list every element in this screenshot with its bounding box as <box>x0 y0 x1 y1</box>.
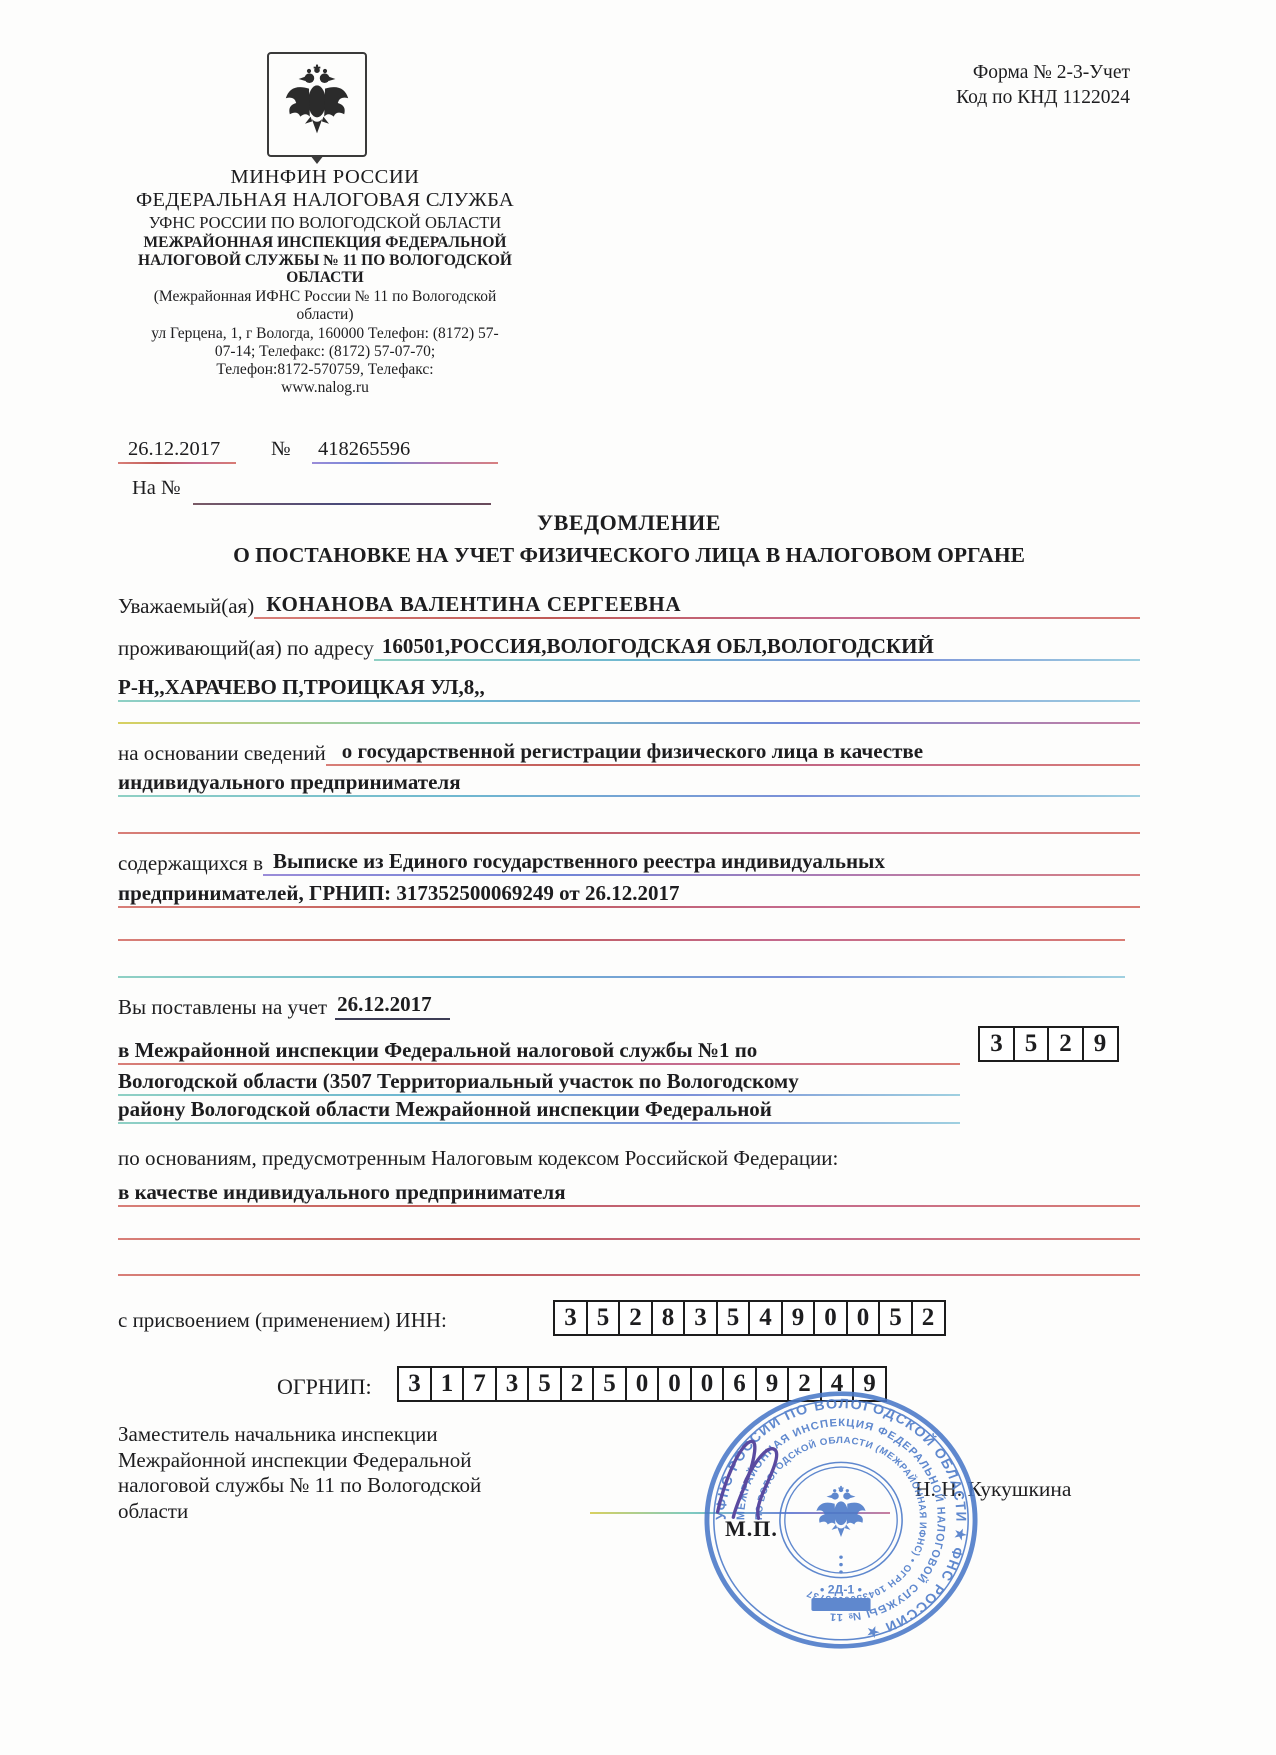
stamp-bottom-band <box>811 1598 870 1611</box>
handwritten-signature <box>705 1428 810 1533</box>
blank-line-5 <box>118 1238 1140 1240</box>
inn-digit: 5 <box>586 1300 621 1336</box>
ogrnip-label: ОГРНИП: <box>277 1374 372 1400</box>
ogrnip-digit: 3 <box>495 1366 530 1402</box>
blank-line-3 <box>118 939 1125 941</box>
inn-digit: 4 <box>748 1300 783 1336</box>
basis-value-1: о государственной регистрации физическог… <box>326 739 1140 766</box>
inspection-phone2: Телефон:8172-570759, Телефакс: <box>80 361 570 378</box>
ogrnip-digit: 7 <box>462 1366 497 1402</box>
document-number: 418265596 <box>318 438 410 461</box>
blank-line-2 <box>118 832 1140 834</box>
inn-digit: 8 <box>651 1300 686 1336</box>
document-subtitle: О ПОСТАНОВКЕ НА УЧЕТ ФИЗИЧЕСКОГО ЛИЦА В … <box>118 543 1140 568</box>
blank-line-6 <box>118 1274 1140 1276</box>
inspection-value-3: району Вологодской области Межрайонной и… <box>118 1097 960 1124</box>
grounds-value-row: в качестве индивидуального предпринимате… <box>118 1180 1140 1207</box>
in-reply-to-label: На № <box>132 477 181 500</box>
blank-line-4 <box>118 976 1125 978</box>
inn-digit: 5 <box>716 1300 751 1336</box>
contained-row-2: предпринимателей, ГРНИП: 317352500069249… <box>118 881 1140 908</box>
regional-tax-office-name: УФНС РОССИИ ПО ВОЛОГОДСКОЙ ОБЛАСТИ <box>80 214 570 232</box>
emblem-box-tail <box>310 155 324 164</box>
signer-position-line: Заместитель начальника инспекции <box>118 1422 678 1448</box>
inn-digit: 3 <box>683 1300 718 1336</box>
in-reply-to-underline <box>193 503 491 505</box>
inspection-row-3: району Вологодской области Межрайонной и… <box>118 1097 960 1124</box>
inspection-row-1: в Межрайонной инспекции Федеральной нало… <box>118 1038 960 1065</box>
address-row-1: проживающий(ая) по адресу 160501,РОССИЯ,… <box>118 634 1140 661</box>
contained-label: содержащихся в <box>118 851 263 876</box>
address-row-2: Р-Н,,ХАРАЧЕВО П,ТРОИЦКАЯ УЛ,8,, <box>118 675 1140 702</box>
blank-line-1 <box>118 722 1140 724</box>
issuing-authority-block: МИНФИН РОССИИ ФЕДЕРАЛЬНАЯ НАЛОГОВАЯ СЛУЖ… <box>80 166 570 397</box>
registration-date: 26.12.2017 <box>335 992 450 1020</box>
date-underline <box>118 462 236 464</box>
inn-label: с присвоением (применением) ИНН: <box>118 1308 447 1333</box>
inn-digit: 3 <box>553 1300 588 1336</box>
inspection-short-name: (Межрайонная ИФНС России № 11 по Вологод… <box>139 288 511 323</box>
registered-row: Вы поставлены на учет 26.12.2017 <box>118 992 1140 1020</box>
address-label: проживающий(ая) по адресу <box>118 636 374 661</box>
ogrnip-digit: 0 <box>625 1366 660 1402</box>
inn-digit: 0 <box>846 1300 881 1336</box>
inn-digit: 5 <box>878 1300 913 1336</box>
grounds-value: в качестве индивидуального предпринимате… <box>118 1180 1140 1207</box>
grounds-label-row: по основаниям, предусмотренным Налоговым… <box>118 1146 1140 1171</box>
contained-value-2: предпринимателей, ГРНИП: 317352500069249… <box>118 881 1140 908</box>
grounds-label: по основаниям, предусмотренным Налоговым… <box>118 1146 838 1171</box>
inn-box: 3 5 2 8 3 5 4 9 0 0 5 2 <box>553 1300 946 1336</box>
contained-value-1: Выписке из Единого государственного реес… <box>263 849 1140 876</box>
inn-digit: 9 <box>781 1300 816 1336</box>
ogrnip-digit: 5 <box>592 1366 627 1402</box>
coat-of-arms-box <box>267 52 367 157</box>
basis-row-1: на основании сведений о государственной … <box>118 739 1140 766</box>
dear-label: Уважаемый(ая) <box>118 594 254 619</box>
ogrnip-digit: 0 <box>657 1366 692 1402</box>
form-code-block: Форма № 2-3-Учет Код по КНД 1122024 <box>956 60 1130 111</box>
inspection-code-box: 3 5 2 9 <box>978 1026 1119 1062</box>
person-name: КОНАНОВА ВАЛЕНТИНА СЕРГЕЕВНА <box>254 592 1140 619</box>
ogrnip-digit: 2 <box>560 1366 595 1402</box>
knd-code-label: Код по КНД 1122024 <box>956 85 1130 110</box>
stamp-bottom-code: • 2Д-1 • <box>820 1583 862 1597</box>
basis-label: на основании сведений <box>118 741 326 766</box>
number-underline <box>312 462 498 464</box>
inspection-code-digit: 3 <box>978 1026 1015 1062</box>
federal-tax-service-name: ФЕДЕРАЛЬНАЯ НАЛОГОВАЯ СЛУЖБА <box>80 189 570 212</box>
ministry-name: МИНФИН РОССИИ <box>80 166 570 189</box>
registered-label: Вы поставлены на учет <box>118 995 327 1020</box>
number-sign-label: № <box>271 438 291 461</box>
stamp-eagle-icon <box>816 1486 865 1537</box>
inn-digit: 0 <box>813 1300 848 1336</box>
ogrnip-digit: 3 <box>397 1366 432 1402</box>
ogrnip-digit: 5 <box>527 1366 562 1402</box>
inspection-address-phone: ул Герцена, 1, г Вологда, 160000 Телефон… <box>146 325 504 360</box>
document-title: УВЕДОМЛЕНИЕ <box>118 510 1140 536</box>
basis-value-2: индивидуального предпринимателя <box>118 770 1140 797</box>
inn-digit: 2 <box>618 1300 653 1336</box>
double-headed-eagle-icon <box>277 60 357 146</box>
basis-row-2: индивидуального предпринимателя <box>118 770 1140 797</box>
form-number-label: Форма № 2-3-Учет <box>956 60 1130 85</box>
signer-position-line: налоговой службы № 11 по Вологодской <box>118 1473 678 1499</box>
inspection-name: МЕЖРАЙОННАЯ ИНСПЕКЦИЯ ФЕДЕРАЛЬНОЙ НАЛОГО… <box>124 234 526 286</box>
inn-digit: 2 <box>911 1300 946 1336</box>
tax-registration-notice-document: МИНФИН РОССИИ ФЕДЕРАЛЬНАЯ НАЛОГОВАЯ СЛУЖ… <box>0 0 1276 1755</box>
addressee-row: Уважаемый(ая) КОНАНОВА ВАЛЕНТИНА СЕРГЕЕВ… <box>118 592 1140 619</box>
ogrnip-digit: 1 <box>430 1366 465 1402</box>
document-date: 26.12.2017 <box>128 438 220 461</box>
inspection-website: www.nalog.ru <box>80 379 570 396</box>
inspection-value-1: в Межрайонной инспекции Федеральной нало… <box>118 1038 960 1065</box>
signer-position-line: Межрайонной инспекции Федеральной <box>118 1448 678 1474</box>
address-value-2: Р-Н,,ХАРАЧЕВО П,ТРОИЦКАЯ УЛ,8,, <box>118 675 1140 702</box>
inspection-code-digit: 2 <box>1047 1026 1084 1062</box>
contained-row-1: содержащихся в Выписке из Единого госуда… <box>118 849 1140 876</box>
inspection-value-2: Вологодской области (3507 Территориальны… <box>118 1069 960 1096</box>
signer-position-block: Заместитель начальника инспекции Межрайо… <box>118 1422 678 1524</box>
inspection-code-digit: 5 <box>1013 1026 1050 1062</box>
inspection-row-2: Вологодской области (3507 Территориальны… <box>118 1069 960 1096</box>
inspection-code-digit: 9 <box>1082 1026 1119 1062</box>
address-value-1: 160501,РОССИЯ,ВОЛОГОДСКАЯ ОБЛ,ВОЛОГОДСКИ… <box>374 634 1140 661</box>
